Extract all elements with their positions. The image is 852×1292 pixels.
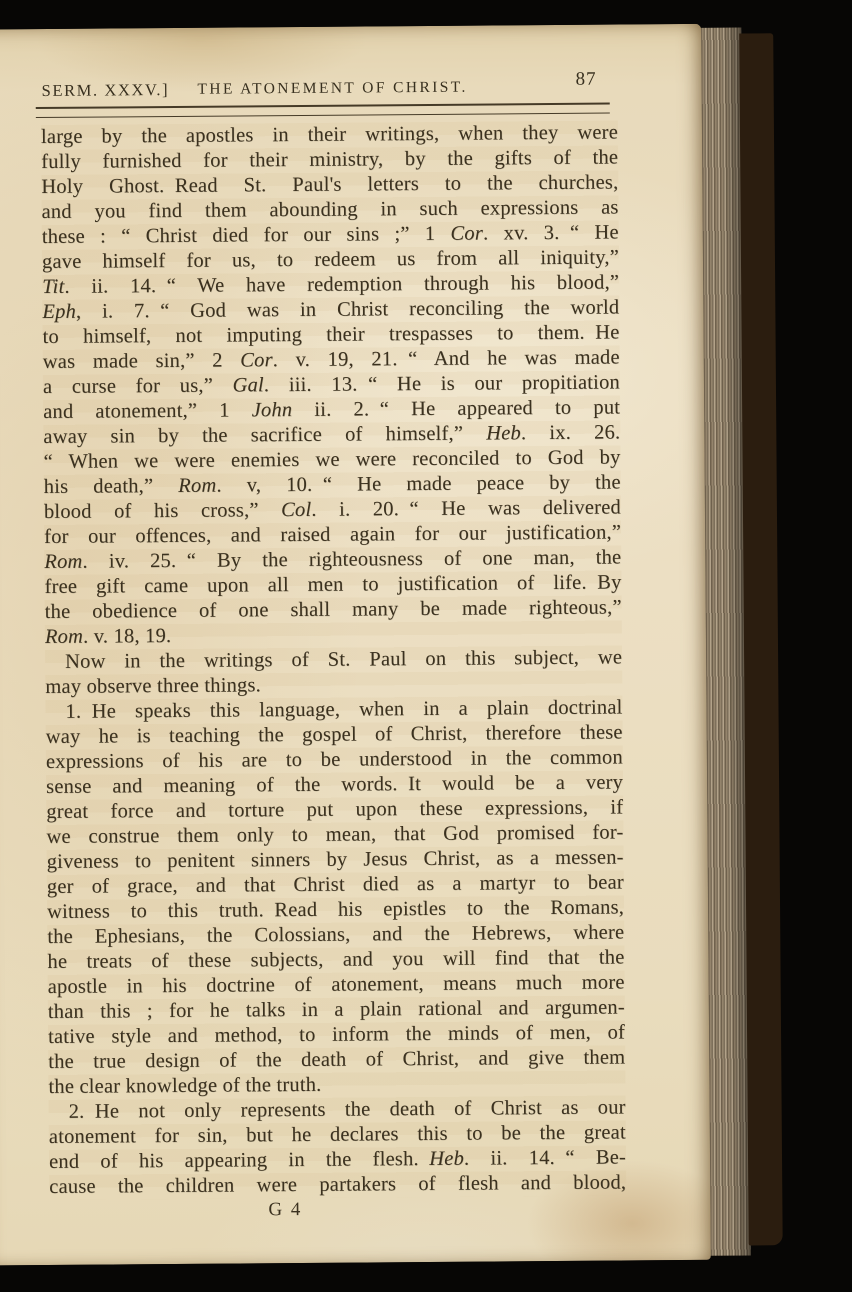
text-line: cause the children were partakers of fle… [49, 1170, 626, 1200]
book-page: SERM. XXXV.] THE ATONEMENT OF CHRIST. 87… [0, 24, 711, 1266]
text-line: Now in the writings of St. Paul on this … [45, 645, 622, 675]
signature-mark: G 4 [268, 1196, 710, 1221]
header-rule [36, 103, 610, 119]
book: SERM. XXXV.] THE ATONEMENT OF CHRIST. 87… [0, 0, 852, 1292]
body-text: large by the apostles in their writings,… [41, 120, 626, 1199]
page-number: 87 [575, 69, 596, 91]
text-line: the true design of the death of Christ, … [48, 1045, 625, 1075]
text-line: the obedience of one shall many be made … [45, 595, 622, 625]
running-header: SERM. XXXV.] THE ATONEMENT OF CHRIST. 87 [0, 74, 688, 103]
